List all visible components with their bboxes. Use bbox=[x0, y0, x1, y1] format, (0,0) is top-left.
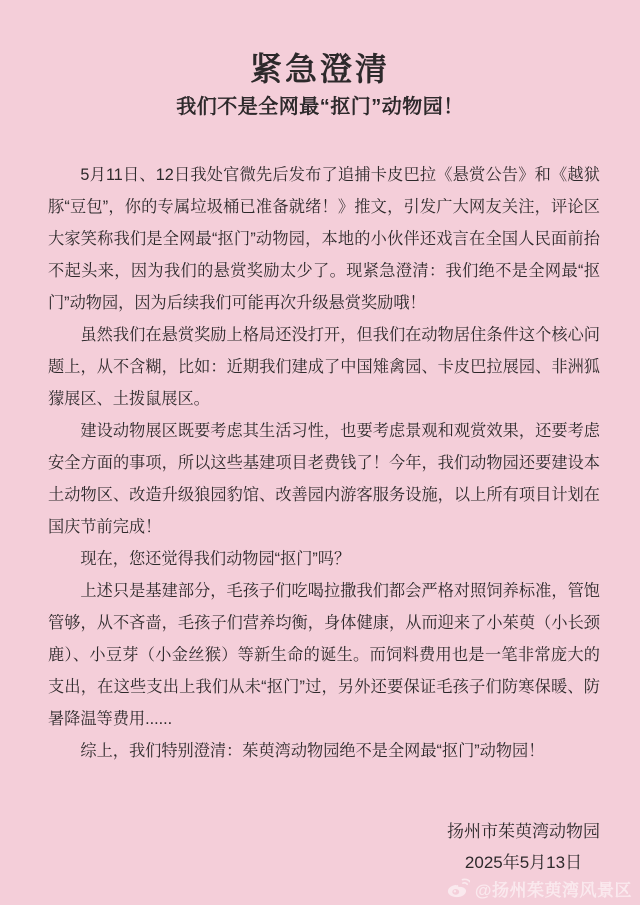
signature-name: 扬州市茱萸湾动物园 bbox=[447, 816, 600, 847]
announcement-document: 紧急澄清 我们不是全网最“抠门”动物园！ 5月11日、12日我处官微先后发布了追… bbox=[0, 0, 640, 905]
weibo-icon bbox=[446, 878, 470, 899]
body-paragraph: 5月11日、12日我处官微先后发布了追捕卡皮巴拉《悬赏公告》和《越狱豚“豆包”，… bbox=[48, 159, 600, 319]
page-subtitle: 我们不是全网最“抠门”动物园！ bbox=[0, 96, 640, 118]
signature-date: 2025年5月13日 bbox=[447, 847, 600, 878]
watermark-handle: @扬州茱萸湾风景区 bbox=[475, 876, 632, 901]
watermark: @扬州茱萸湾风景区 bbox=[446, 876, 632, 901]
body-paragraph: 建设动物展区既要考虑其生活习性，也要考虑景观和观赏效果，还要考虑安全方面的事项，… bbox=[48, 415, 600, 543]
page-title: 紧急澄清 bbox=[0, 0, 640, 86]
signature-block: 扬州市茱萸湾动物园 2025年5月13日 bbox=[0, 816, 640, 878]
body-paragraph: 综上，我们特别澄清：茱萸湾动物园绝不是全网最“抠门”动物园！ bbox=[48, 735, 600, 767]
announcement-body: 5月11日、12日我处官微先后发布了追捕卡皮巴拉《悬赏公告》和《越狱豚“豆包”，… bbox=[48, 159, 600, 767]
signature-inner: 扬州市茱萸湾动物园 2025年5月13日 bbox=[447, 816, 600, 878]
body-paragraph: 现在，您还觉得我们动物园“抠门”吗？ bbox=[48, 543, 600, 575]
body-paragraph: 虽然我们在悬赏奖励上格局还没打开，但我们在动物居住条件这个核心问题上，从不含糊，… bbox=[48, 319, 600, 415]
body-paragraph: 上述只是基建部分，毛孩子们吃喝拉撒我们都会严格对照饲养标准，管饱管够，从不吝啬，… bbox=[48, 575, 600, 735]
